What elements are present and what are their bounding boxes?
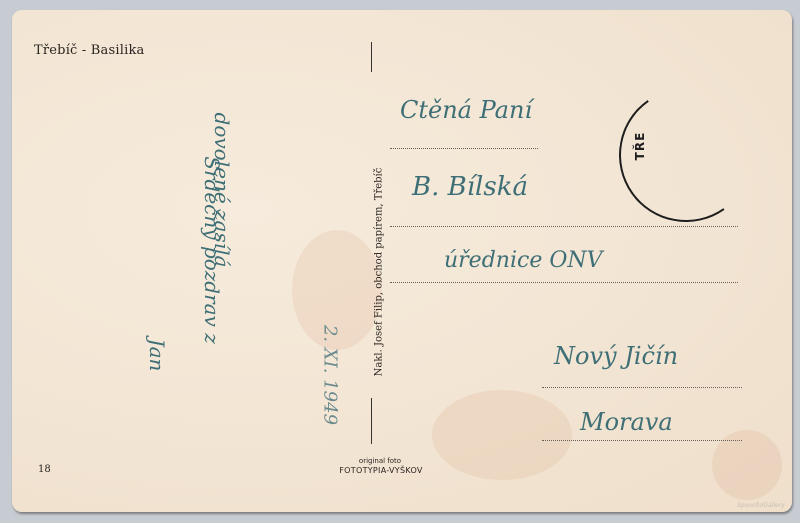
address-dotline [390,282,738,283]
postmark-circle [608,77,763,232]
publisher-text: Nakl. Josef Filip, obchod papírem, Třebí… [374,168,385,377]
photo-credit: original foto [359,457,401,465]
watermark: SpoonfulGallery [737,502,785,509]
address-line: úřednice ONV [444,248,603,273]
postcard-title: Třebíč - Basilika [34,43,144,58]
signature: Jan [145,339,169,372]
postmark-text: TŘE [633,132,647,161]
address-line: Ctěná Paní [400,96,532,124]
address-dotline [390,226,738,227]
stain [432,390,572,480]
message-line: dovolené zasílá [210,113,234,268]
card-number: 18 [38,464,51,475]
divider-line [371,42,372,72]
divider-line [371,398,372,444]
address-dotline [542,387,742,388]
address-dotline [542,440,742,441]
postcard: Třebíč - Basilika 18 Nakl. Josef Filip, … [12,10,792,512]
message-date: 2. XI. 1949 [320,325,341,425]
address-line: B. Bílská [412,172,528,202]
address-line: Morava [580,408,673,436]
address-dotline [390,148,538,149]
photo-studio: FOTOTYPIA-VYŠKOV [339,466,422,475]
address-line: Nový Jičín [554,342,678,370]
